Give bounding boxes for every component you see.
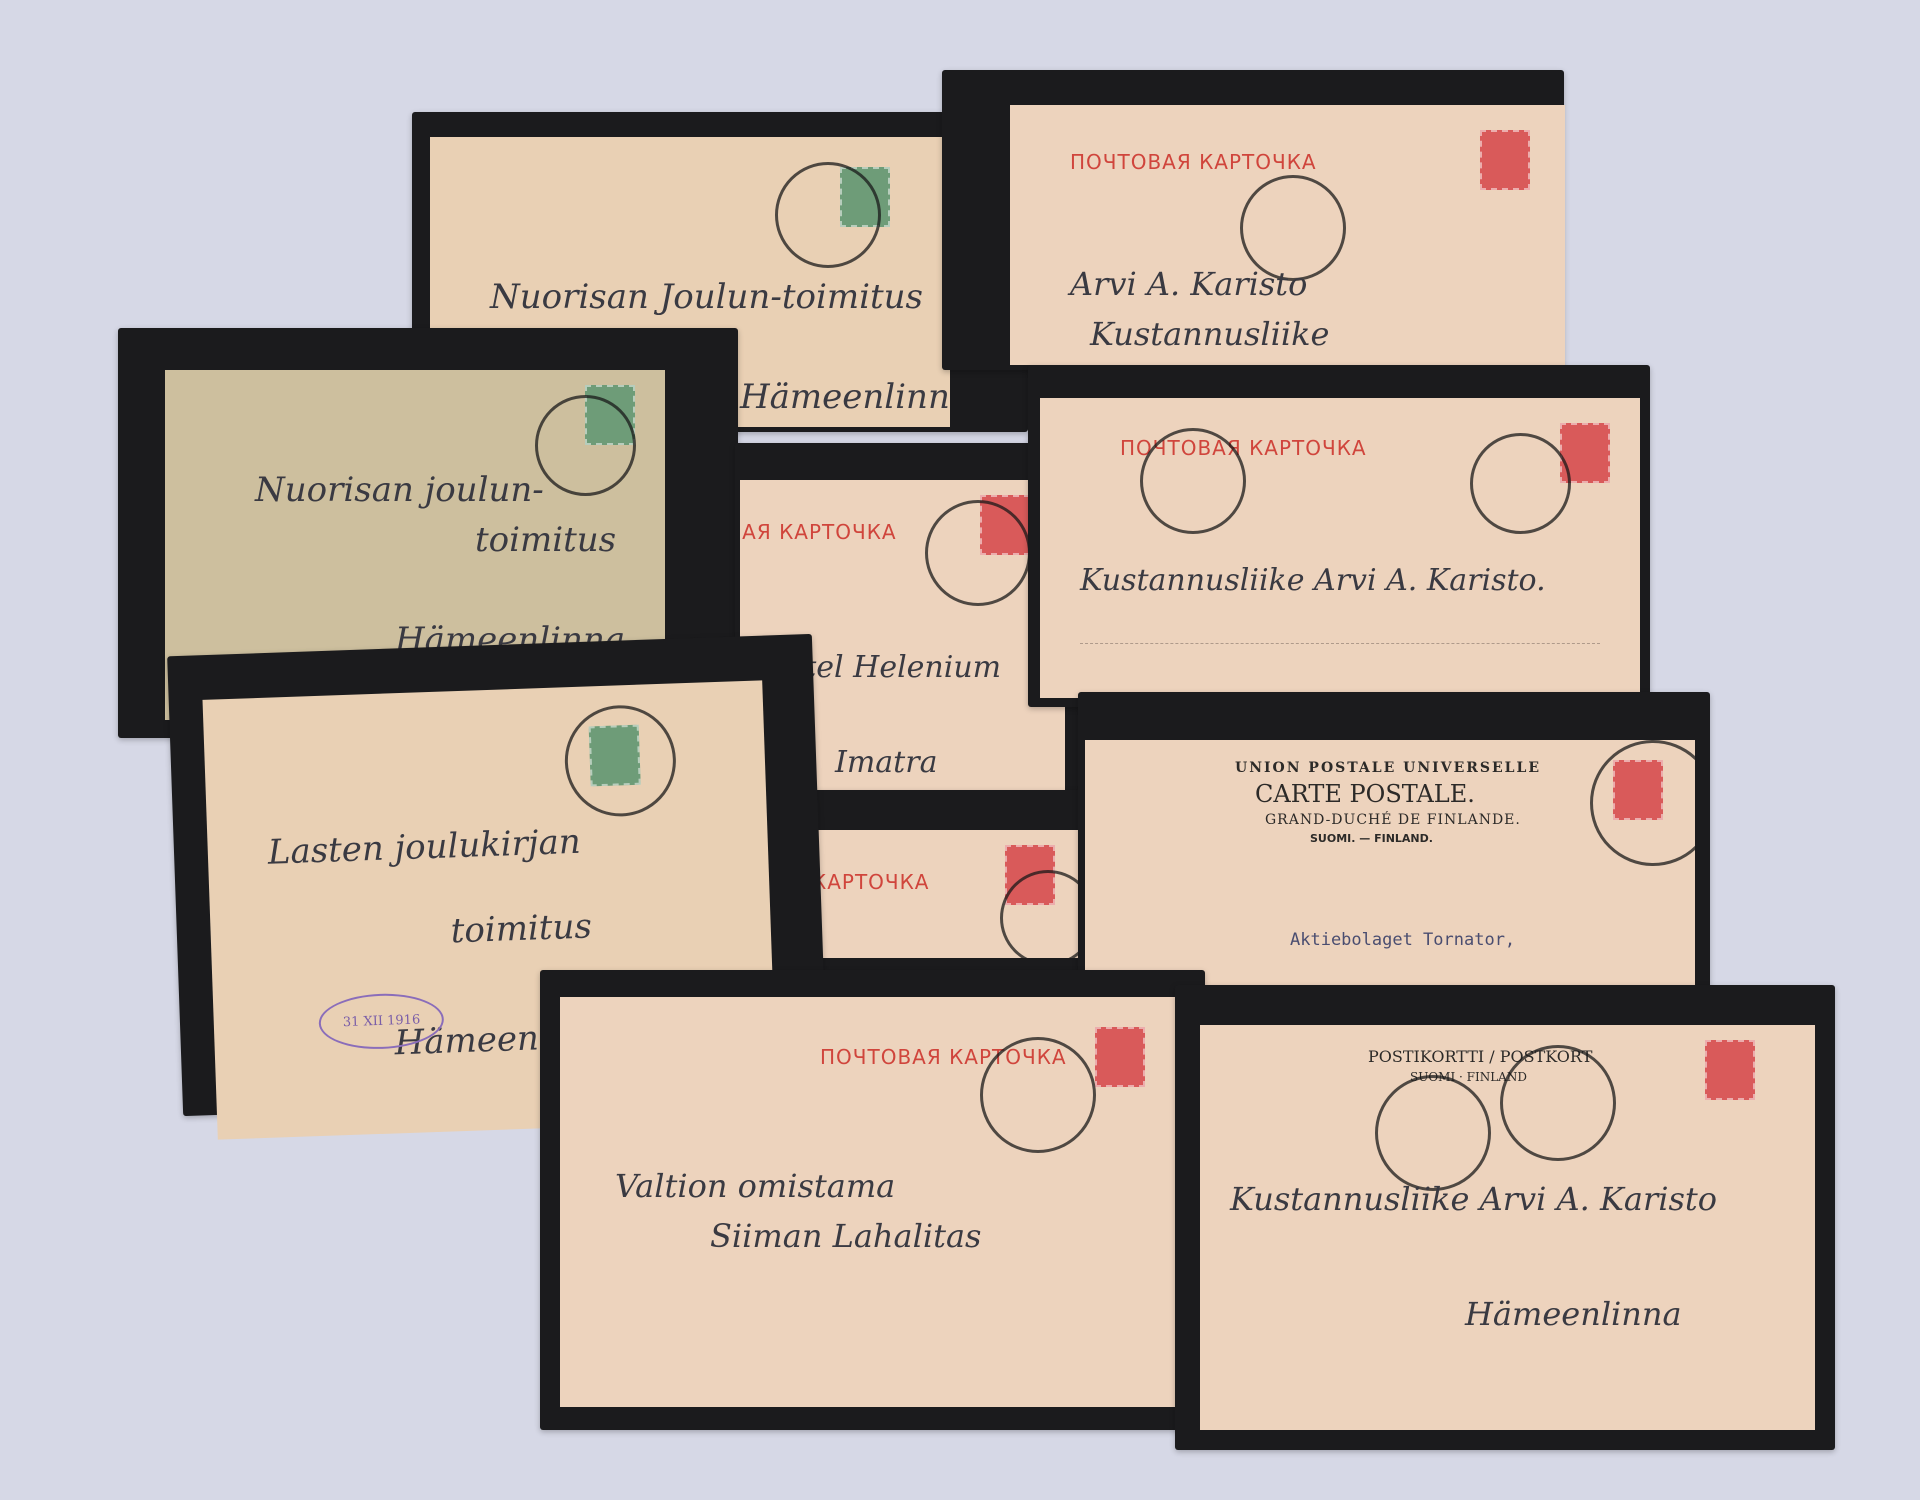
- postal-card: ПОЧТОВАЯ КАРТОЧКА Kustannusliike Arvi A.…: [1040, 398, 1640, 698]
- card-header: GRAND-DUCHÉ DE FINLANDE.: [1265, 812, 1521, 828]
- address-line: toimitus: [450, 906, 592, 951]
- address-line: Kustannusliike: [1090, 315, 1329, 353]
- postmark: [1000, 870, 1090, 958]
- postmark: [1470, 433, 1571, 534]
- postal-card: ПОЧТОВАЯ КАРТОЧКА Valtion omistama Siima…: [560, 997, 1180, 1407]
- postmark: [535, 395, 636, 496]
- typed-address: Aktiebolaget Tornator,: [1290, 930, 1515, 950]
- postmark: [1375, 1075, 1491, 1191]
- address-line: Nuorisan joulun-: [255, 470, 544, 510]
- address-line: Nuorisan Joulun-toimitus: [490, 277, 923, 317]
- postage-stamp: [1480, 130, 1530, 190]
- postmark: [925, 500, 1031, 606]
- postage-stamp: [1705, 1040, 1755, 1100]
- postmark: [980, 1037, 1096, 1153]
- card-header: UNION POSTALE UNIVERSELLE: [1235, 760, 1541, 776]
- card-header: КАРТОЧКА: [812, 870, 930, 894]
- postal-card: КАРТОЧКА: [800, 830, 1090, 958]
- postmark: [1590, 740, 1695, 866]
- address-line: Hämeenlinna: [1465, 1295, 1682, 1333]
- address-line: Valtion omistama: [615, 1167, 895, 1205]
- address-line: toimitus: [475, 520, 616, 560]
- postal-card: UNION POSTALE UNIVERSELLE CARTE POSTALE.…: [1085, 740, 1695, 985]
- address-line: Arvi A. Karisto: [1070, 265, 1307, 303]
- postal-card: ПОЧТОВАЯ КАРТОЧКА Arvi A. Karisto Kustan…: [1010, 105, 1565, 365]
- card-header: SUOMI. — FINLAND.: [1310, 832, 1433, 845]
- postmark: [1140, 428, 1246, 534]
- card-header: ПОЧТОВАЯ КАРТОЧКА: [1070, 150, 1317, 174]
- address-line: Hämeenlinna: [740, 377, 950, 417]
- card-header: ПОЧТОВАЯ КАРТОЧКА: [740, 520, 897, 544]
- address-line: Siiman Lahalitas: [710, 1217, 981, 1255]
- card-header: CARTE POSTALE.: [1255, 780, 1475, 808]
- address-line: Kustannusliike Arvi A. Karisto: [1230, 1180, 1717, 1218]
- postage-stamp: [1095, 1027, 1145, 1087]
- postmark: [563, 703, 678, 818]
- address-line: Kustannusliike Arvi A. Karisto.: [1080, 563, 1546, 598]
- postal-card: POSTIKORTTI / POSTKORT SUOMI · FINLAND K…: [1200, 1025, 1815, 1430]
- postmark: [775, 162, 881, 268]
- address-line: Imatra: [835, 745, 937, 780]
- address-line: Lasten joulukirjan: [267, 822, 581, 873]
- postmark: [1500, 1045, 1616, 1161]
- address-rule: [1080, 643, 1600, 644]
